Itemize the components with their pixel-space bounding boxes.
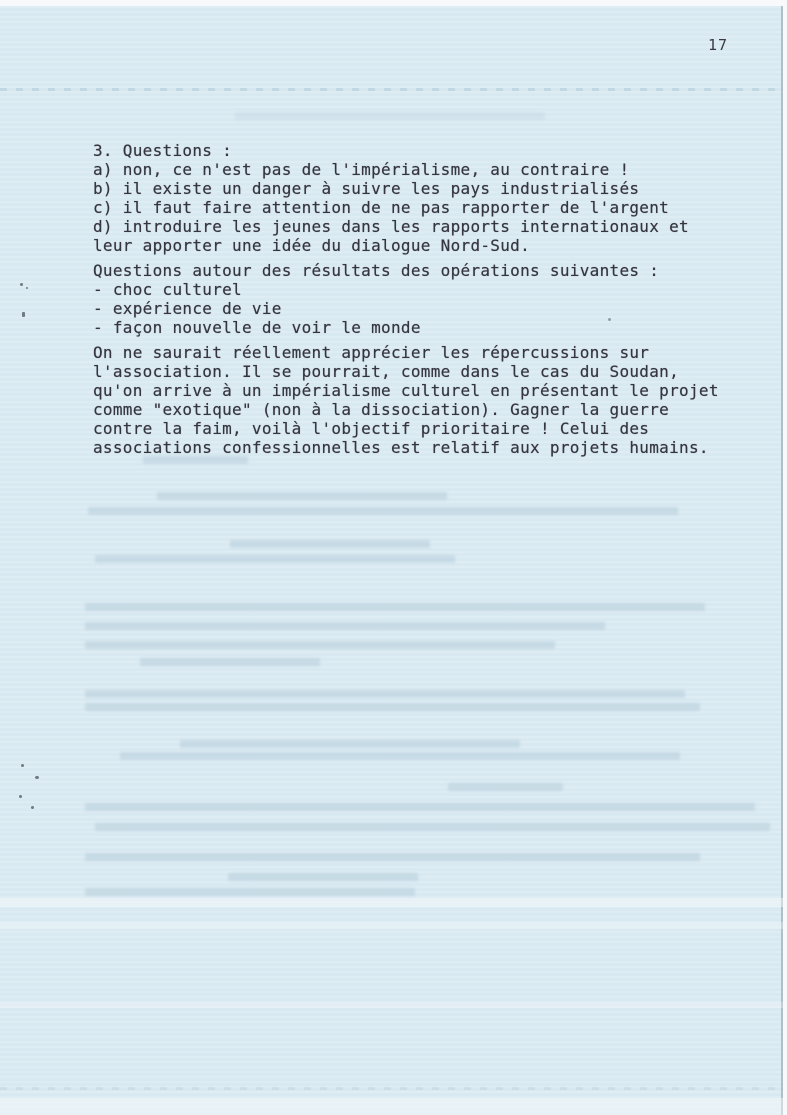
page-number: 17 (708, 36, 728, 54)
bleedthrough-text (88, 507, 678, 515)
ink-speck (19, 795, 22, 798)
ink-speck (22, 312, 25, 317)
scan-streak (0, 1087, 783, 1090)
bleedthrough-text (120, 752, 680, 760)
paragraph-questions-list: 3. Questions : a) non, ce n'est pas de l… (93, 141, 689, 255)
ink-speck (35, 776, 39, 779)
bleedthrough-text (157, 492, 447, 500)
bleedthrough-text (85, 622, 605, 630)
ink-speck (608, 318, 611, 321)
bleedthrough-text (85, 603, 705, 611)
ink-speck (31, 806, 34, 809)
bleedthrough-text (85, 690, 685, 698)
bleedthrough-text (140, 658, 320, 666)
scan-streak (0, 88, 783, 91)
ink-speck (20, 283, 23, 286)
bleedthrough-text (448, 783, 563, 791)
paragraph-conclusion: On ne saurait réellement apprécier les r… (93, 343, 719, 457)
ink-speck (26, 287, 28, 289)
bleedthrough-text (230, 540, 430, 548)
bleedthrough-text (85, 703, 700, 711)
paper-edge (781, 6, 783, 1115)
bleedthrough-text (95, 555, 455, 563)
bleedthrough-text (95, 823, 770, 831)
scanned-document-page: { "page": { "page_number": "17", "paper_… (0, 0, 787, 1115)
bleedthrough-text (180, 740, 520, 748)
bleedthrough-text (85, 888, 415, 896)
scan-streak (0, 922, 783, 929)
bleedthrough-text (228, 873, 418, 881)
bleedthrough-text (85, 803, 755, 811)
scan-streak (0, 1098, 783, 1115)
bleedthrough-text (85, 641, 555, 649)
bleedthrough-text (235, 112, 545, 120)
paragraph-questions-results: Questions autour des résultats des opéra… (93, 261, 659, 337)
scan-streak (0, 1002, 783, 1008)
ink-speck (21, 764, 24, 767)
scan-streak (0, 898, 783, 907)
bleedthrough-text (143, 456, 248, 464)
bleedthrough-text (85, 853, 700, 861)
